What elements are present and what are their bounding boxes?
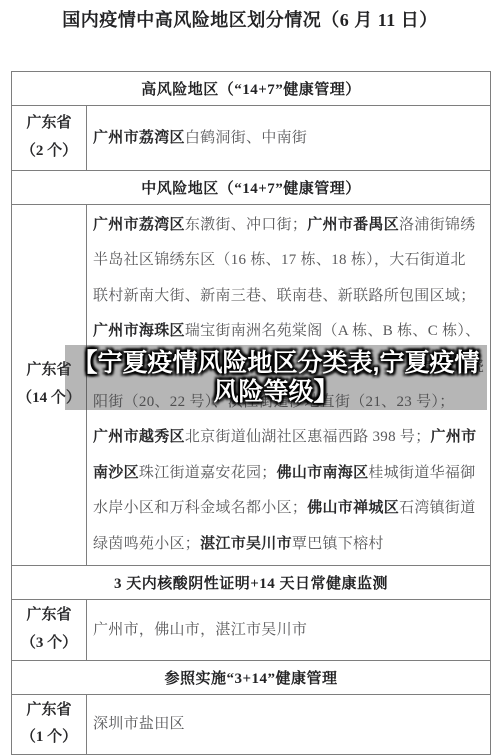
area-text-line: 水岸小区和万科金域名都小区；佛山市禅城区石湾镇街道 xyxy=(93,491,484,526)
area-text-line: 绿茵鸣苑小区；湛江市吴川市覃巴镇下榕村 xyxy=(93,527,484,562)
areas-cell: 广州市荔湾区白鹤洞街、中南街 xyxy=(87,106,490,170)
area-text-line: 广州市越秀区北京街道仙湖社区惠福西路 398 号；广州市 xyxy=(93,420,484,455)
province-count: （1 个） xyxy=(21,724,77,752)
table-row-2: 广东省（3 个）广州市，佛山市，湛江市吴川市 xyxy=(12,600,490,661)
area-text-line: 广州市荔湾区白鹤洞街、中南街 xyxy=(93,127,484,149)
section-header-2: 3 天内核酸阴性证明+14 天日常健康监测 xyxy=(12,566,490,600)
province-cell: 广东省（3 个） xyxy=(12,600,87,660)
table-row-0: 广东省（2 个）广州市荔湾区白鹤洞街、中南街 xyxy=(12,106,490,171)
table-row-3: 广东省（1 个）深圳市盐田区 xyxy=(12,695,490,755)
province-name: 广东省 xyxy=(26,602,71,630)
province-cell: 广东省（2 个） xyxy=(12,106,87,170)
watermark-text-line1: 【宁夏疫情风险地区分类表,宁夏疫情 xyxy=(73,349,480,378)
province-name: 广东省 xyxy=(26,110,71,138)
area-text-line: 南沙区珠江街道嘉安花园；佛山市南海区桂城街道华福御 xyxy=(93,456,484,491)
section-header-3: 参照实施“3+14”健康管理 xyxy=(12,661,490,695)
watermark-overlay: 【宁夏疫情风险地区分类表,宁夏疫情 风险等级】 xyxy=(65,345,487,410)
page-title: 国内疫情中高风险地区划分情况（6 月 11 日） xyxy=(0,0,500,32)
watermark-text-line2: 风险等级】 xyxy=(213,378,338,407)
area-text-line: 半岛社区锦绣东区（16 栋、17 栋、18 栋），大石街道北 xyxy=(93,243,484,278)
area-text-line: 广州市，佛山市，湛江市吴川市 xyxy=(93,619,484,641)
page: 国内疫情中高风险地区划分情况（6 月 11 日） 高风险地区（“14+7”健康管… xyxy=(0,0,500,756)
province-name: 广东省 xyxy=(26,697,71,725)
province-count: （3 个） xyxy=(21,630,77,658)
province-cell: 广东省（1 个） xyxy=(12,695,87,755)
areas-cell: 深圳市盐田区 xyxy=(87,695,490,755)
risk-table: 高风险地区（“14+7”健康管理）广东省（2 个）广州市荔湾区白鹤洞街、中南街中… xyxy=(11,71,491,755)
area-text-line: 广州市荔湾区东漖街、冲口街；广州市番禺区洛浦街锦绣 xyxy=(93,208,484,243)
areas-cell: 广州市，佛山市，湛江市吴川市 xyxy=(87,600,490,660)
area-text-line: 深圳市盐田区 xyxy=(93,713,484,735)
province-count: （2 个） xyxy=(21,138,77,166)
area-text-line: 联村新南大街、新南三巷、联南巷、新联路所包围区域； xyxy=(93,279,484,314)
section-header-1: 中风险地区（“14+7”健康管理） xyxy=(12,171,490,205)
section-header-0: 高风险地区（“14+7”健康管理） xyxy=(12,72,490,106)
